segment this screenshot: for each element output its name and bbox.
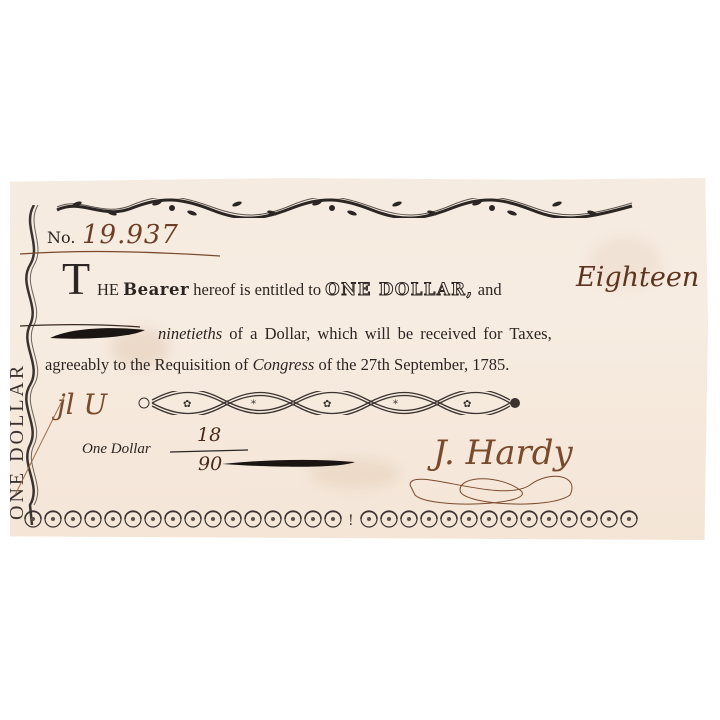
ink-underline [20, 248, 240, 258]
handwritten-amount: Eighteen [576, 262, 699, 293]
top-vine-ornament [52, 198, 637, 218]
signature-flourish [400, 465, 590, 510]
bearer-word: Bearer [123, 280, 189, 299]
ink-blot [20, 318, 150, 344]
svg-text:!: ! [348, 513, 354, 529]
svg-text:✿: ✿ [323, 399, 331, 410]
fraction-denominator: 90 [198, 453, 222, 475]
chain-ornament: ✿ * ✿ * ✿ [138, 391, 521, 415]
text-line-3: agreeably to the Requisition of Congress… [45, 355, 509, 375]
svg-text:✿: ✿ [183, 399, 191, 410]
ninetieths-word: ninetieths [158, 324, 222, 343]
bottom-scroll-ornament: ! [22, 507, 642, 531]
line1-text: hereof is entitled to [193, 280, 321, 299]
text-line-1: HE Bearer hereof is entitled to ONE DOLL… [97, 280, 502, 300]
line2-text: of a Dollar, which will be received for … [229, 324, 551, 343]
fraction-numerator: 18 [197, 424, 221, 446]
number-label: No. [47, 228, 75, 247]
congress-word: Congress [253, 355, 315, 374]
text-line-2: ninetieths of a Dollar, which will be re… [158, 324, 552, 344]
svg-text:✿: ✿ [463, 399, 471, 410]
value-label: One Dollar [82, 441, 151, 458]
svg-text:*: * [251, 399, 256, 410]
line1-lead: HE [97, 280, 119, 299]
denomination: ONE DOLLAR, [325, 280, 473, 299]
line3-before: agreeably to the Requisition of [45, 355, 248, 374]
drop-cap: T [62, 256, 90, 302]
and-word: and [478, 280, 502, 299]
serial-number: 19.937 [82, 220, 179, 250]
line3-after: of the 27th September, 1785. [318, 355, 509, 374]
ink-stroke [10, 395, 70, 505]
svg-text:*: * [393, 399, 398, 410]
